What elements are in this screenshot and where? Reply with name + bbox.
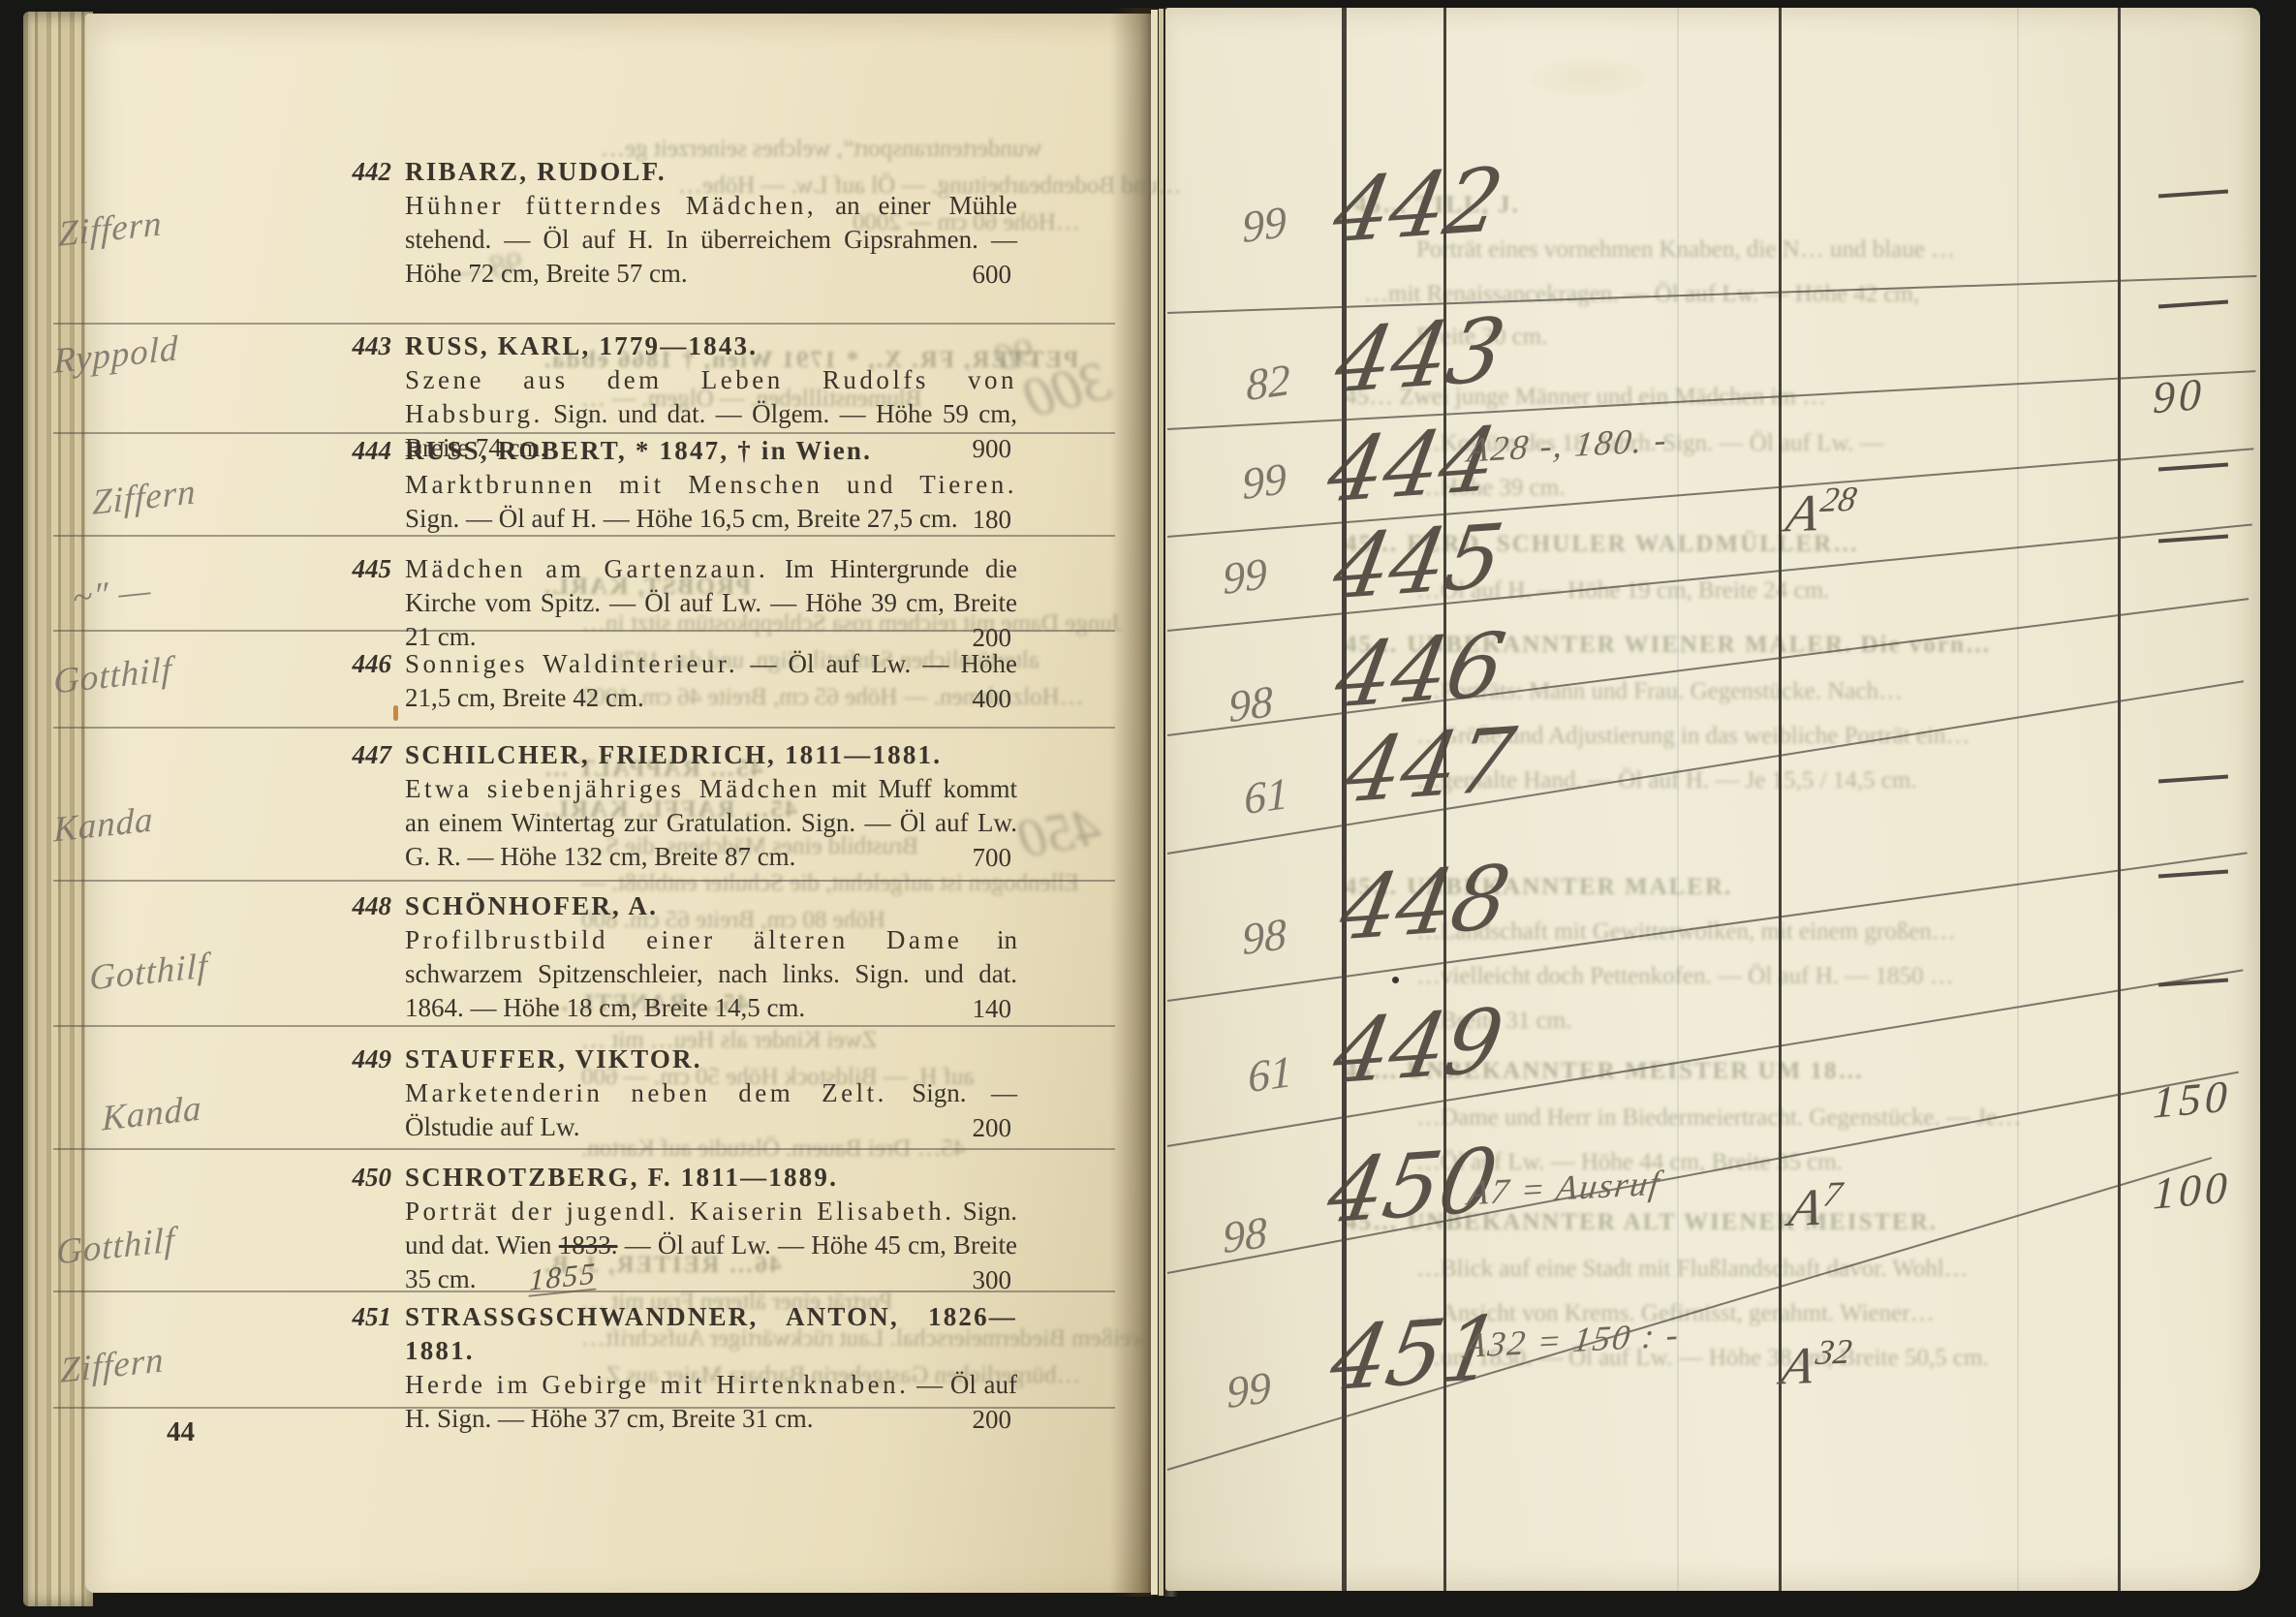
entry-separator-rule <box>53 727 1115 729</box>
ink-speck <box>1392 977 1399 983</box>
pencil-bidder-number-449: 61 <box>1247 1045 1292 1104</box>
artist-header: STAUFFER, VIKTOR. <box>405 1042 1017 1076</box>
pencil-bidder-number-445: 99 <box>1222 547 1267 606</box>
catalog-entry-450: 450SCHROTZBERG, F. 1811—1889.Porträt der… <box>405 1161 1017 1296</box>
estimate-price: 600 <box>973 258 1012 292</box>
photographed-catalog-spread: wundertentransport“, welches seinerzeit … <box>0 0 2296 1617</box>
bleedthrough-text-line: …Dame und Herr in Biedermeiertracht. Geg… <box>1416 1104 2021 1132</box>
entry-separator-rule <box>53 880 1115 882</box>
estimate-price: 140 <box>973 992 1012 1026</box>
entry-description: Hühner fütterndes Mädchen, an einer Mühl… <box>405 189 1017 291</box>
lot-number: 449 <box>324 1042 391 1076</box>
pencil-lot-number-448: 448 <box>1333 846 1517 961</box>
entry-description: Etwa siebenjähriges Mädchen mit Muff kom… <box>405 772 1017 874</box>
table-vertical-line <box>2118 8 2121 1591</box>
catalog-entry-448: 448SCHÖNHOFER, A.Profilbrustbild einer ä… <box>405 889 1017 1025</box>
pencil-lot-number-449: 449 <box>1326 989 1510 1104</box>
pencil-bidder-number-443: 82 <box>1245 354 1290 412</box>
lot-number: 446 <box>324 647 391 681</box>
lot-number: 442 <box>324 155 391 189</box>
pencil-price-result: 90 <box>2153 368 2206 424</box>
catalog-entry-446: 446Sonniges Waldinterieur. — Öl auf Lw. … <box>405 647 1017 715</box>
table-vertical-line <box>1779 8 1782 1591</box>
pencil-lot-number-442: 442 <box>1326 148 1510 264</box>
pencil-bidder-number-447: 61 <box>1243 767 1288 825</box>
artist-header: RIBARZ, RUDOLF. <box>405 155 1017 189</box>
artist-header: SCHILCHER, FRIEDRICH, 1811—1881. <box>405 738 1017 772</box>
estimate-price: 700 <box>973 841 1012 875</box>
lot-number: 445 <box>324 552 391 586</box>
catalog-entry-447: 447SCHILCHER, FRIEDRICH, 1811—1881.Etwa … <box>405 738 1017 874</box>
bleedthrough-text-line: Porträt eines vornehmen Knaben, die N… u… <box>1416 236 1955 264</box>
catalog-entry-444: 444RUSS, ROBERT, * 1847, † in Wien.Markt… <box>405 434 1017 536</box>
bleedthrough-text-line: …Blick auf eine Stadt mit Flußlandschaft… <box>1416 1256 1969 1283</box>
paper-fiber <box>393 705 398 721</box>
catalog-entry-449: 449STAUFFER, VIKTOR.Marketenderin neben … <box>405 1042 1017 1144</box>
pencil-lot-number-445: 445 <box>1326 505 1510 620</box>
pencil-price-result: 150 <box>2153 1070 2232 1128</box>
pencil-bidder-number-446: 98 <box>1227 675 1273 733</box>
page-number: 44 <box>167 1416 195 1448</box>
page-edge-shadow <box>1159 9 1164 1596</box>
estimate-price: 400 <box>973 682 1012 716</box>
lot-number: 451 <box>324 1300 391 1334</box>
pencil-price-result: 100 <box>2153 1161 2232 1219</box>
entry-description: Herde im Gebirge mit Hirtenknaben. — Öl … <box>405 1368 1017 1436</box>
entry-description: Sonniges Waldinterieur. — Öl auf Lw. — H… <box>405 647 1017 715</box>
entry-separator-rule <box>53 1148 1115 1150</box>
catalog-entry-451: 451STRASSGSCHWANDNER, ANTON, 1826—1881.H… <box>405 1300 1017 1436</box>
entry-description: Marketenderin neben dem Zelt. Sign. — Öl… <box>405 1076 1017 1144</box>
lot-number: 450 <box>324 1161 391 1195</box>
pencil-bidder-number-448: 98 <box>1241 908 1287 966</box>
catalog-entry-442: 442RIBARZ, RUDOLF.Hühner fütterndes Mädc… <box>405 155 1017 291</box>
artist-header: SCHROTZBERG, F. 1811—1889. <box>405 1161 1017 1195</box>
pencil-bidder-number-450: 98 <box>1222 1206 1267 1264</box>
estimate-price: 200 <box>973 1111 1012 1145</box>
pencil-bidder-number-442: 99 <box>1241 196 1287 254</box>
pencil-lot-number-447: 447 <box>1338 708 1522 824</box>
pencil-code-annotation: A32 <box>1777 1331 1854 1397</box>
page-edge-highlight <box>1151 10 1158 1595</box>
margin-annotation-445: ~″ — <box>73 570 151 620</box>
entry-description: Mädchen am Gartenzaun. Im Hintergrunde d… <box>405 552 1017 654</box>
faint-ruled-line <box>2017 8 2019 1591</box>
estimate-price: 180 <box>973 503 1012 537</box>
estimate-price: 300 <box>973 1263 1012 1297</box>
catalog-entry-445: 445Mädchen am Gartenzaun. Im Hintergrund… <box>405 552 1017 654</box>
entry-description: Marktbrunnen mit Menschen und Tieren. Si… <box>405 468 1017 536</box>
pencil-code-annotation: A28 <box>1782 479 1859 544</box>
pencil-lot-number-443: 443 <box>1328 298 1512 414</box>
lot-number: 443 <box>324 329 391 363</box>
entry-separator-rule <box>53 323 1115 325</box>
artist-header: SCHÖNHOFER, A. <box>405 889 1017 923</box>
entry-separator-rule <box>53 1025 1115 1027</box>
artist-header: RUSS, ROBERT, * 1847, † in Wien. <box>405 434 1017 468</box>
paper-stain <box>1531 58 1647 97</box>
estimate-price: 200 <box>973 1403 1012 1437</box>
lot-number: 448 <box>324 889 391 923</box>
pencil-bidder-number-451: 99 <box>1226 1361 1271 1419</box>
entry-description: Porträt der jugendl. Kaiserin Elisabeth.… <box>405 1195 1017 1296</box>
entry-description: Profilbrustbild einer älteren Dame in sc… <box>405 923 1017 1025</box>
bleedthrough-text-line: …vielleicht doch Pettenkofen. — Öl auf H… <box>1416 963 1954 990</box>
lot-number: 444 <box>324 434 391 468</box>
artist-header: STRASSGSCHWANDNER, ANTON, 1826—1881. <box>405 1300 1017 1368</box>
lot-number: 447 <box>324 738 391 772</box>
pencil-bidder-number-444: 99 <box>1241 452 1287 511</box>
artist-header: RUSS, KARL, 1779—1843. <box>405 329 1017 363</box>
